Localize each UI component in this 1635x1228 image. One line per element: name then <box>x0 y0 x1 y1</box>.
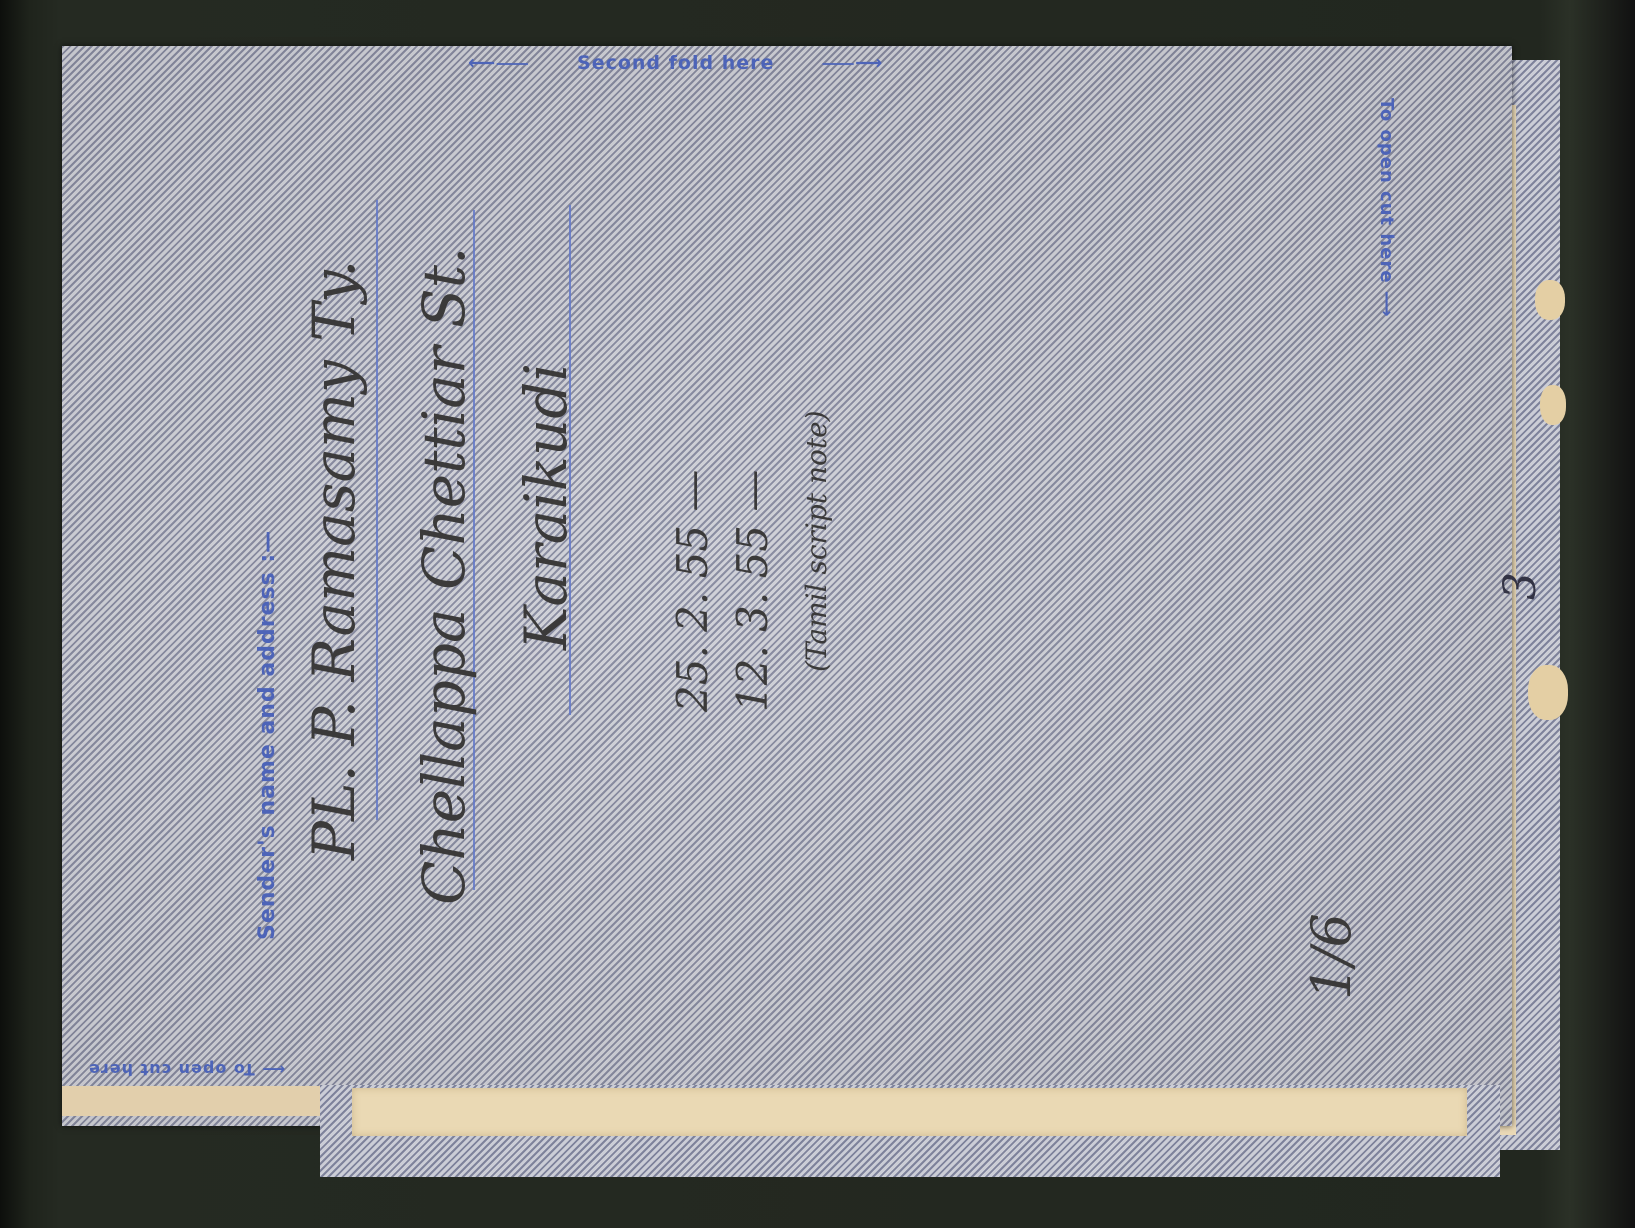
sender-label: Sender's name and address :— <box>255 530 280 940</box>
paper-tear <box>1535 280 1565 320</box>
right-cut-label: To open cut here ⟶ <box>1376 98 1397 318</box>
handwritten-date-2: 12. 3. 55 — <box>728 470 777 712</box>
handwritten-sender-line-1: PL. P. Ramasamy Ty. <box>300 260 368 860</box>
handwritten-sender-line-2: Chellappa Chettiar St. <box>410 247 478 905</box>
arrow-icon: ⟶ <box>1376 291 1397 318</box>
bottom-left-cut-label: ⟵ To open cut here <box>88 1060 285 1079</box>
top-fold-label: ⟵⸺ Second fold here ⸺⟶ <box>468 48 883 75</box>
address-rule-line <box>376 200 378 820</box>
right-arrow-icon: ⸺⟶ <box>822 52 883 74</box>
arrow-icon: ⟵ <box>255 1060 286 1079</box>
handwritten-edge-mark: 3 <box>1495 572 1546 600</box>
left-arrow-icon: ⟵⸺ <box>468 52 529 74</box>
handwritten-date-1: 25. 2. 55 — <box>668 470 717 712</box>
bottom-left-paper-edge <box>62 1086 322 1116</box>
paper-tear <box>1528 665 1568 720</box>
handwritten-sender-line-3: Karaikudi <box>512 363 580 650</box>
handwritten-tamil-note: (Tamil script note) <box>800 410 833 672</box>
handwritten-lower-mark: 1/6 <box>1300 913 1363 1000</box>
bottom-gum-strip <box>352 1088 1467 1136</box>
paper-tear <box>1540 385 1566 425</box>
